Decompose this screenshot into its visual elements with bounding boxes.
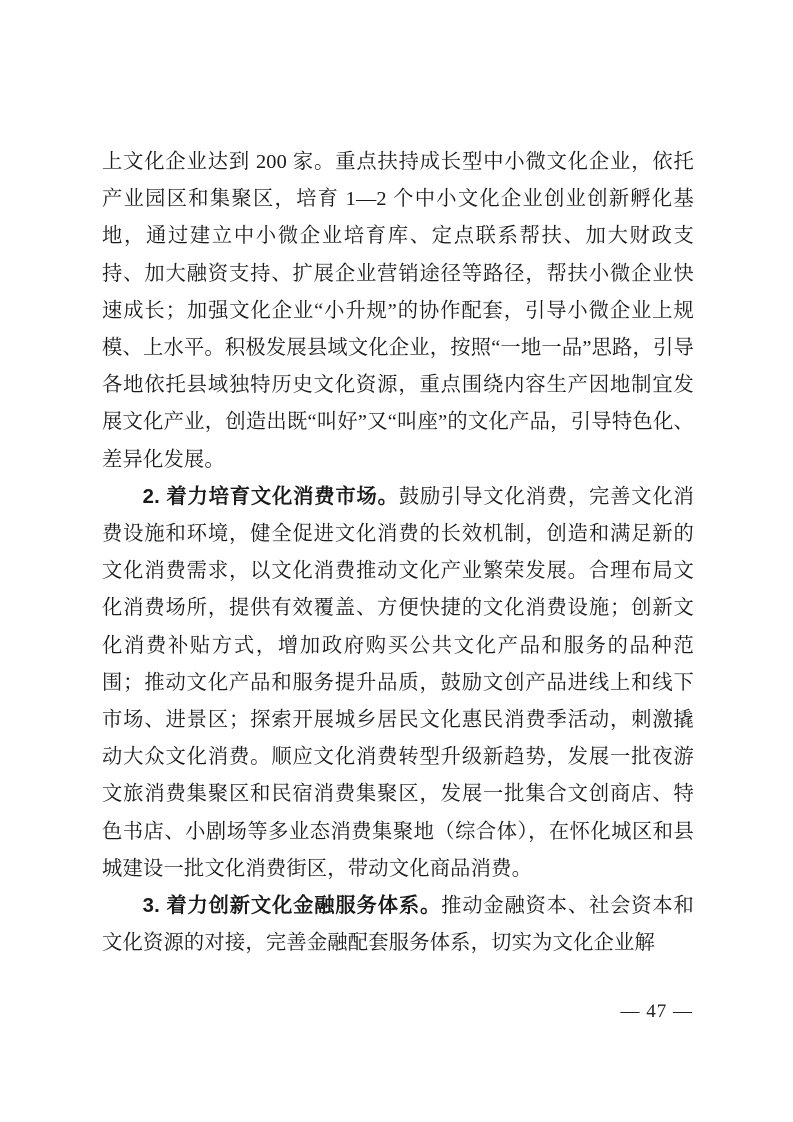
paragraph-3-heading: 3. 着力创新文化金融服务体系。 [143,895,442,917]
paragraph-2-heading: 2. 着力培育文化消费市场。 [143,486,399,508]
text-column: 上文化企业达到 200 家。重点扶持成长型中小微文化企业，依托产业园区和集聚区，… [102,144,694,962]
document-page: 上文化企业达到 200 家。重点扶持成长型中小微文化企业，依托产业园区和集聚区，… [0,0,793,1122]
paragraph-1: 上文化企业达到 200 家。重点扶持成长型中小微文化企业，依托产业园区和集聚区，… [102,144,694,479]
page-number: — 47 — [621,1001,694,1023]
paragraph-2: 2. 着力培育文化消费市场。鼓励引导文化消费，完善文化消费设施和环境，健全促进文… [102,479,694,888]
paragraph-2-body: 鼓励引导文化消费，完善文化消费设施和环境，健全促进文化消费的长效机制，创造和满足… [102,486,694,880]
paragraph-3: 3. 着力创新文化金融服务体系。推动金融资本、社会资本和文化资源的对接，完善金融… [102,888,694,962]
paragraph-1-body: 上文化企业达到 200 家。重点扶持成长型中小微文化企业，依托产业园区和集聚区，… [102,151,694,471]
